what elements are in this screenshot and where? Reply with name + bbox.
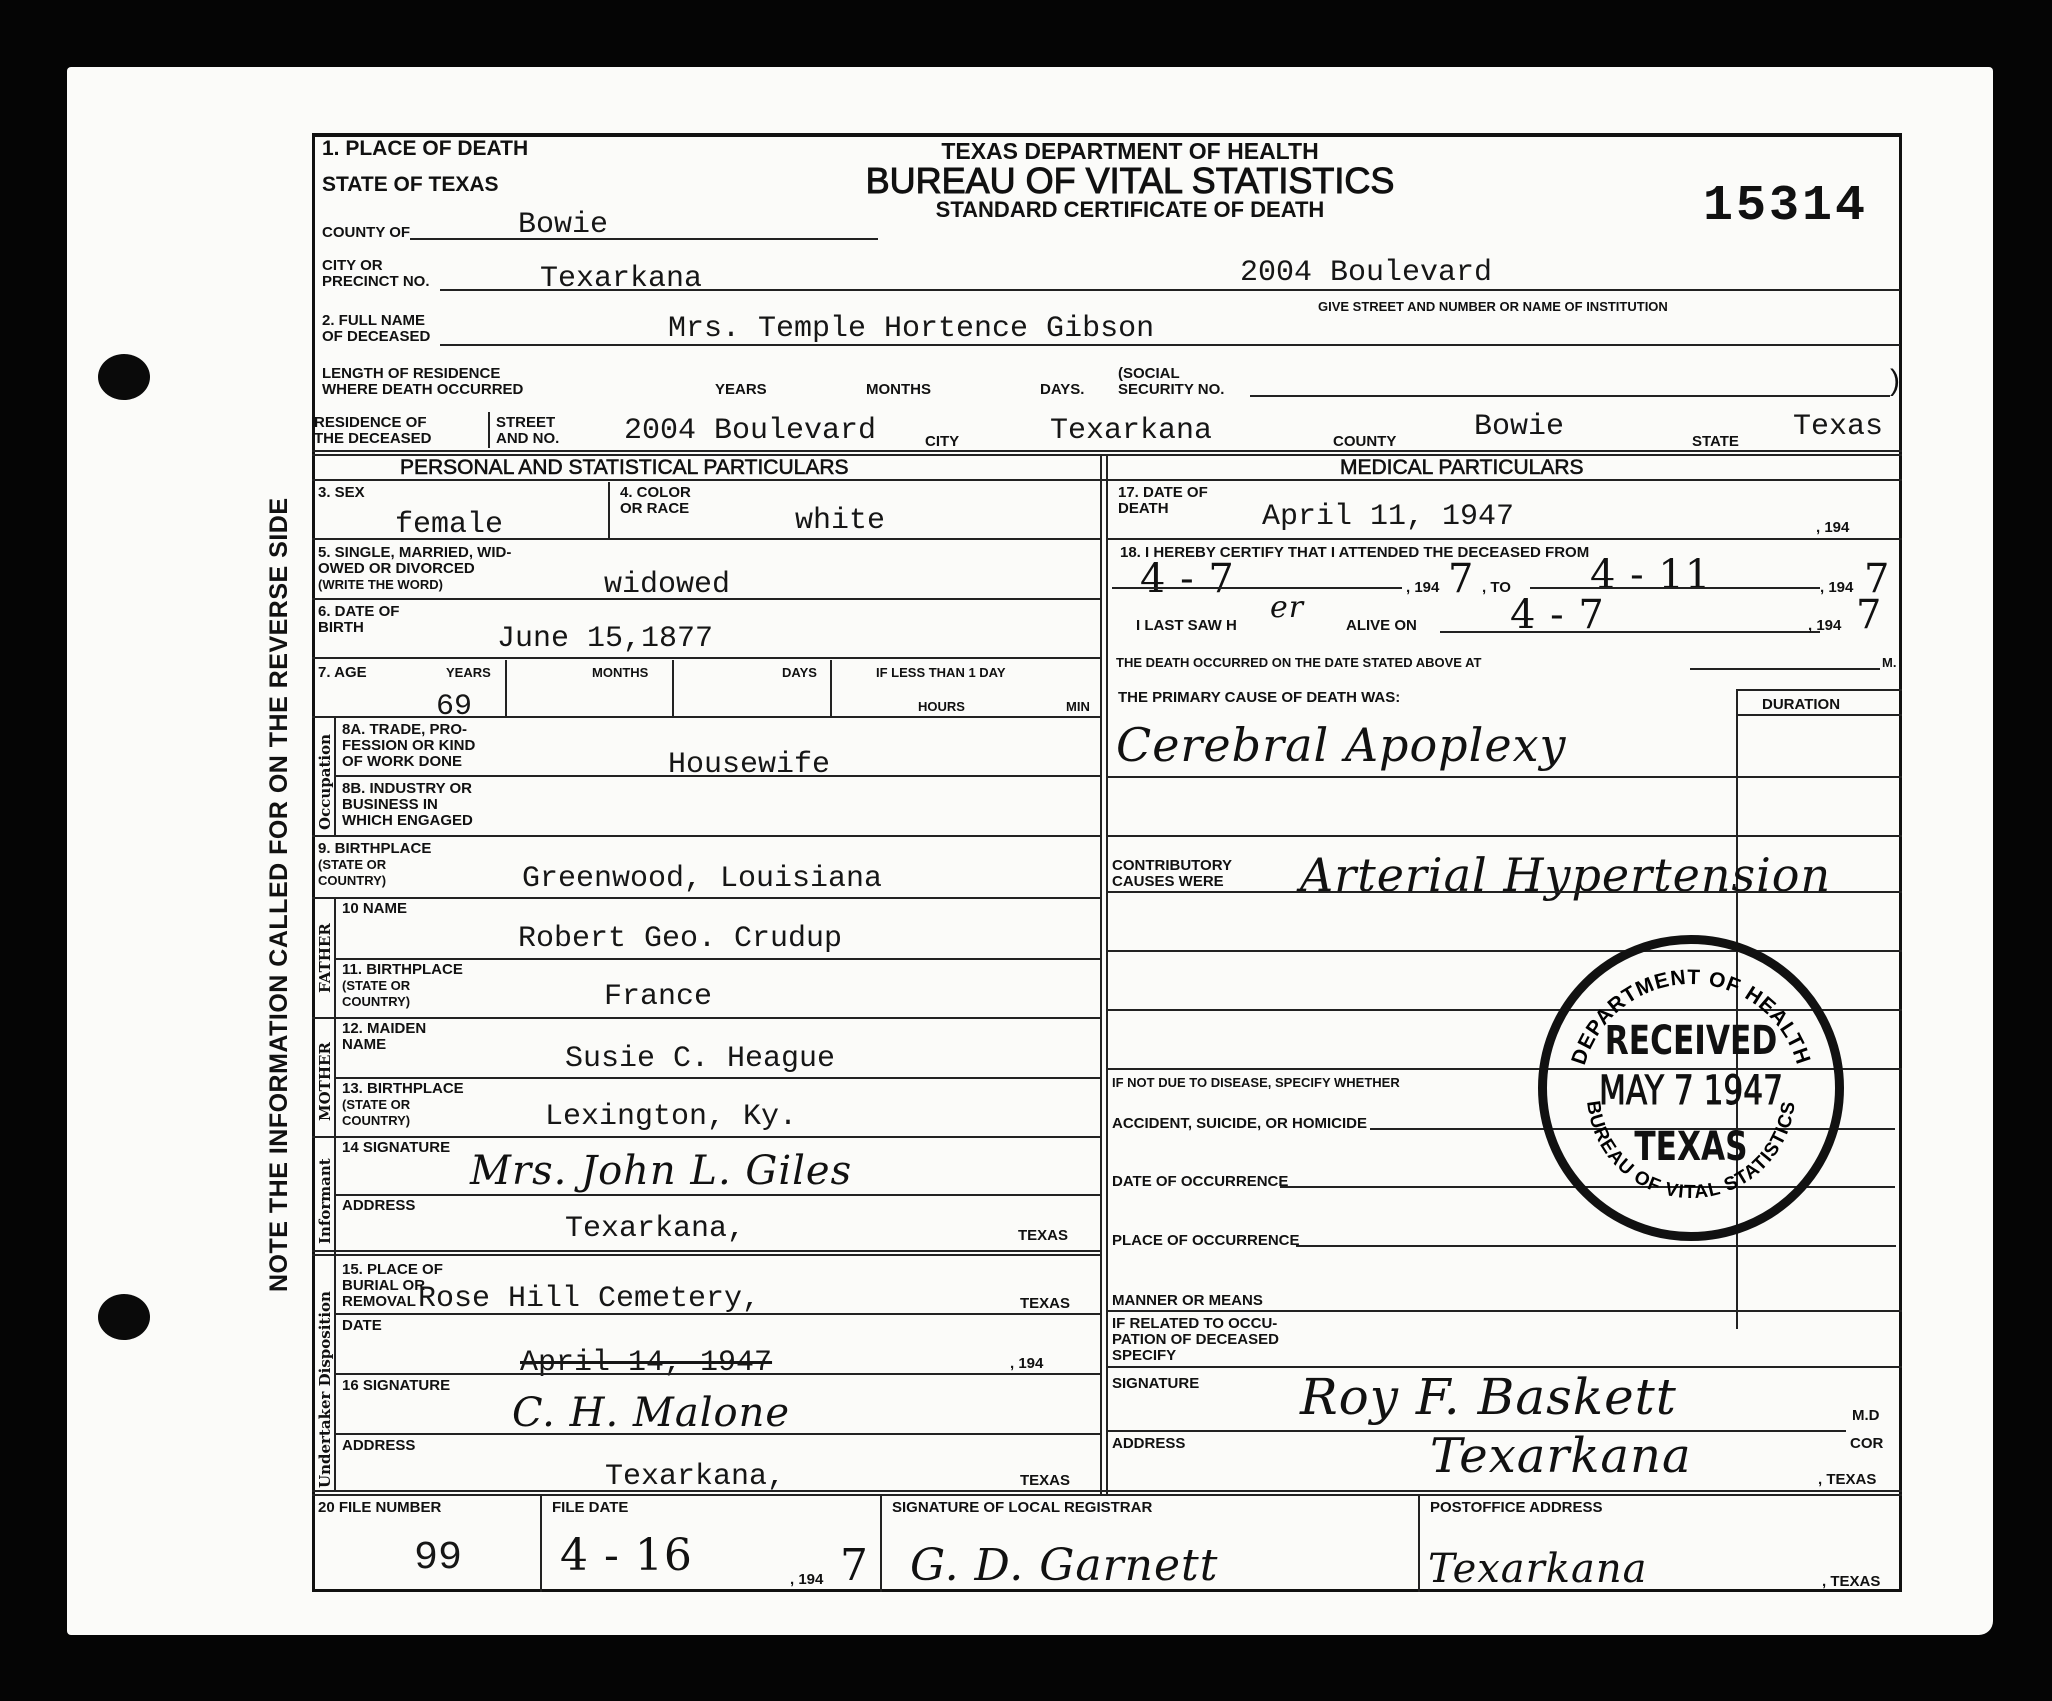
to-year-prefix: , 194	[1820, 580, 1853, 596]
birthplace-label: 9. BIRTHPLACE	[318, 841, 431, 857]
trade-label-3: OF WORK DONE	[342, 754, 462, 770]
bureau-title: BUREAU OF VITAL STATISTICS	[780, 160, 1480, 202]
res-city-label: CITY	[925, 434, 959, 450]
months-label: MONTHS	[866, 382, 931, 398]
birthplace-label-3: COUNTRY)	[318, 874, 386, 888]
industry-label: 8B. INDUSTRY OR	[342, 781, 472, 797]
informant-state: TEXAS	[1018, 1228, 1068, 1244]
precinct-label: PRECINCT NO.	[322, 274, 430, 290]
stamp-date: MAY 7 1947	[1579, 1068, 1804, 1114]
attended-to: 4 - 11	[1590, 552, 1711, 598]
undertaker-state: TEXAS	[1020, 1473, 1070, 1489]
primary-cause: Cerebral Apoplexy	[1116, 718, 1567, 772]
birthplace-label-2: (STATE OR	[318, 858, 386, 872]
age-days-label: DAYS	[782, 666, 817, 680]
age-months-label: MONTHS	[592, 666, 648, 680]
marital-value: widowed	[604, 568, 730, 602]
file-year: 7	[840, 1540, 869, 1591]
place-occurrence-label: PLACE OF OCCURRENCE	[1112, 1233, 1300, 1249]
deceased-name: Mrs. Temple Hortence Gibson	[668, 312, 1154, 346]
from-year: 7	[1448, 556, 1474, 602]
stamp-status: RECEIVED	[1579, 1018, 1804, 1064]
burial-date-label: DATE	[342, 1318, 382, 1334]
mother-name-value: Susie C. Heague	[565, 1042, 835, 1076]
street-label: STREET	[496, 415, 555, 431]
alive-on-label: ALIVE ON	[1346, 618, 1417, 634]
father-birthplace-label-3: COUNTRY)	[342, 995, 410, 1009]
cor-label: COR	[1850, 1436, 1883, 1452]
medical-section-title: MEDICAL PARTICULARS	[1340, 456, 1584, 480]
dob-value: June 15,1877	[497, 622, 713, 656]
sex-value: female	[395, 508, 503, 542]
hours-label: HOURS	[918, 700, 965, 714]
physician-state: , TEXAS	[1818, 1472, 1876, 1488]
race-value: white	[795, 504, 885, 538]
postoffice-address: Texarkana	[1428, 1546, 1647, 1592]
occupation-related-label-3: SPECIFY	[1112, 1348, 1176, 1364]
race-label: 4. COLOR	[620, 485, 691, 501]
physician-signature-label: SIGNATURE	[1112, 1376, 1199, 1392]
burial-label-3: REMOVAL	[342, 1294, 416, 1310]
last-saw-year: 7	[1856, 592, 1882, 638]
punch-hole	[98, 1294, 150, 1340]
accident-label: ACCIDENT, SUICIDE, OR HOMICIDE	[1112, 1116, 1367, 1132]
burial-label-2: BURIAL OR	[342, 1278, 425, 1294]
file-date-label: FILE DATE	[552, 1500, 628, 1516]
residence-length-label: LENGTH OF RESIDENCE	[322, 366, 500, 382]
trade-label-2: FESSION OR KIND	[342, 738, 475, 754]
side-note: NOTE THE INFORMATION CALLED FOR ON THE R…	[255, 430, 315, 1300]
mother-birthplace-label-2: (STATE OR	[342, 1098, 410, 1112]
punch-hole	[98, 354, 150, 400]
death-label: DEATH	[1118, 501, 1169, 517]
last-saw-year-prefix: , 194	[1808, 618, 1841, 634]
street-hint: GIVE STREET AND NUMBER OR NAME OF INSTIT…	[1318, 300, 1668, 314]
file-year-prefix: , 194	[790, 1572, 823, 1588]
mother-name-label: 12. MAIDEN	[342, 1021, 426, 1037]
and-no-label: AND NO.	[496, 431, 559, 447]
occupation-related-label-2: PATION OF DECEASED	[1112, 1332, 1279, 1348]
father-tab: FATHER	[314, 897, 336, 1017]
contributory-label: CONTRIBUTORY	[1112, 858, 1232, 874]
mother-birthplace-value: Lexington, Ky.	[545, 1100, 797, 1134]
physician-address: Texarkana	[1430, 1428, 1692, 1484]
file-number: 99	[414, 1536, 462, 1581]
marital-label-2: OWED OR DIVORCED	[318, 561, 475, 577]
burial-date-suffix: , 194	[1010, 1356, 1043, 1372]
industry-label-2: BUSINESS IN	[342, 797, 438, 813]
residence-county: Bowie	[1474, 410, 1564, 444]
mother-birthplace-label: 13. BIRTHPLACE	[342, 1081, 464, 1097]
time-suffix: M.	[1882, 656, 1896, 670]
marital-label: 5. SINGLE, MARRIED, WID-	[318, 545, 511, 561]
county-label: COUNTY OF	[322, 225, 410, 241]
registrar-signature: G. D. Garnett	[910, 1540, 1218, 1591]
death-date-label: 17. DATE OF	[1118, 485, 1208, 501]
not-disease-label: IF NOT DUE TO DISEASE, SPECIFY WHETHER	[1112, 1076, 1400, 1090]
trade-label: 8A. TRADE, PRO-	[342, 722, 467, 738]
birth-label: BIRTH	[318, 620, 364, 636]
undertaker-address-label: ADDRESS	[342, 1438, 415, 1454]
burial-place: Rose Hill Cemetery,	[418, 1282, 760, 1316]
place-of-death-label: 1. PLACE OF DEATH	[322, 137, 528, 161]
contributory-label-2: CAUSES WERE	[1112, 874, 1224, 890]
postoffice-state: , TEXAS	[1822, 1574, 1880, 1590]
attended-from: 4 - 7	[1140, 556, 1235, 602]
postoffice-label: POSTOFFICE ADDRESS	[1430, 1500, 1603, 1516]
less-than-day-label: IF LESS THAN 1 DAY	[876, 666, 1006, 680]
state-of-texas-label: STATE OF TEXAS	[322, 173, 499, 197]
security-no-label: SECURITY NO.	[1118, 382, 1224, 398]
informant-signature: Mrs. John L. Giles	[470, 1148, 852, 1194]
informant-signature-label: 14 SIGNATURE	[342, 1140, 450, 1156]
res-state-label: STATE	[1692, 434, 1739, 450]
county-value: Bowie	[518, 208, 608, 242]
personal-section-title: PERSONAL AND STATISTICAL PARTICULARS	[400, 456, 849, 480]
years-label: YEARS	[715, 382, 767, 398]
registrar-label: SIGNATURE OF LOCAL REGISTRAR	[892, 1500, 1152, 1516]
form-title: STANDARD CERTIFICATE OF DEATH	[780, 197, 1480, 223]
received-stamp: DEPARTMENT OF HEALTH BUREAU OF VITAL STA…	[1538, 935, 1844, 1241]
city-label: CITY OR	[322, 258, 383, 274]
contributory-cause: Arterial Hypertension	[1300, 848, 1831, 902]
res-county-label: COUNTY	[1333, 434, 1396, 450]
informant-address-label: ADDRESS	[342, 1198, 415, 1214]
undertaker-address: Texarkana,	[605, 1460, 785, 1494]
industry-label-3: WHICH ENGAGED	[342, 813, 473, 829]
mother-birthplace-label-3: COUNTRY)	[342, 1114, 410, 1128]
where-death-label: WHERE DEATH OCCURRED	[322, 382, 523, 398]
father-name-label: 10 NAME	[342, 901, 407, 917]
street-value: 2004 Boulevard	[1240, 256, 1492, 290]
age-years-label: YEARS	[446, 666, 491, 680]
min-label: MIN	[1066, 700, 1090, 714]
occupation-tab: Occupation	[314, 716, 336, 835]
sex-label: 3. SEX	[318, 485, 365, 501]
age-years-value: 69	[436, 690, 472, 724]
to-label: , TO	[1482, 580, 1511, 596]
time-of-death-label: THE DEATH OCCURRED ON THE DATE STATED AB…	[1116, 656, 1481, 670]
from-year-prefix: , 194	[1406, 580, 1439, 596]
burial-label: 15. PLACE OF	[342, 1262, 443, 1278]
last-saw-label: I LAST SAW H	[1136, 618, 1237, 634]
dob-label: 6. DATE OF	[318, 604, 399, 620]
mother-tab: MOTHER	[314, 1017, 336, 1136]
disposition-tab: Undertaker Disposition	[314, 1256, 336, 1492]
city-value: Texarkana	[540, 262, 702, 296]
manner-label: MANNER OR MEANS	[1112, 1293, 1263, 1309]
death-date: April 11, 1947	[1262, 500, 1514, 534]
birthplace-value: Greenwood, Louisiana	[522, 862, 882, 896]
residence-city: Texarkana	[1050, 414, 1212, 448]
mother-name-label-2: NAME	[342, 1037, 386, 1053]
stamp-state: TEXAS	[1579, 1124, 1804, 1170]
informant-tab: Informant	[314, 1136, 336, 1254]
the-deceased-label: THE DECEASED	[314, 431, 432, 447]
undertaker-signature: C. H. Malone	[512, 1390, 790, 1436]
of-deceased-label: OF DECEASED	[322, 329, 430, 345]
file-number-label: 20 FILE NUMBER	[318, 1500, 441, 1516]
father-birthplace-value: France	[604, 980, 712, 1014]
informant-address: Texarkana,	[565, 1212, 745, 1246]
days-label: DAYS.	[1040, 382, 1084, 398]
last-saw-pronoun: er	[1270, 590, 1304, 625]
ssn-label: (SOCIAL	[1118, 366, 1180, 382]
duration-label: DURATION	[1762, 697, 1840, 713]
burial-state: TEXAS	[1020, 1296, 1070, 1312]
physician-address-label: ADDRESS	[1112, 1436, 1185, 1452]
age-label: 7. AGE	[318, 665, 367, 681]
father-birthplace-label-2: (STATE OR	[342, 979, 410, 993]
full-name-label: 2. FULL NAME	[322, 313, 425, 329]
residence-state: Texas	[1793, 410, 1883, 444]
file-date: 4 - 16	[560, 1530, 693, 1581]
occupation-related-label: IF RELATED TO OCCU-	[1112, 1316, 1277, 1332]
death-date-suffix: , 194	[1816, 520, 1849, 536]
date-occurrence-label: DATE OF OCCURRENCE	[1112, 1174, 1288, 1190]
residence-street: 2004 Boulevard	[624, 414, 876, 448]
residence-label: RESIDENCE OF	[314, 415, 427, 431]
md-label: M.D	[1852, 1408, 1880, 1424]
ssn-close-paren: )	[1890, 364, 1900, 398]
father-birthplace-label: 11. BIRTHPLACE	[342, 962, 463, 978]
father-name-value: Robert Geo. Crudup	[518, 922, 842, 956]
physician-signature: Roy F. Baskett	[1300, 1368, 1677, 1426]
or-race-label: OR RACE	[620, 501, 689, 517]
marital-label-3: (WRITE THE WORD)	[318, 578, 443, 592]
primary-cause-label: THE PRIMARY CAUSE OF DEATH WAS:	[1118, 690, 1400, 706]
undertaker-signature-label: 16 SIGNATURE	[342, 1378, 450, 1394]
